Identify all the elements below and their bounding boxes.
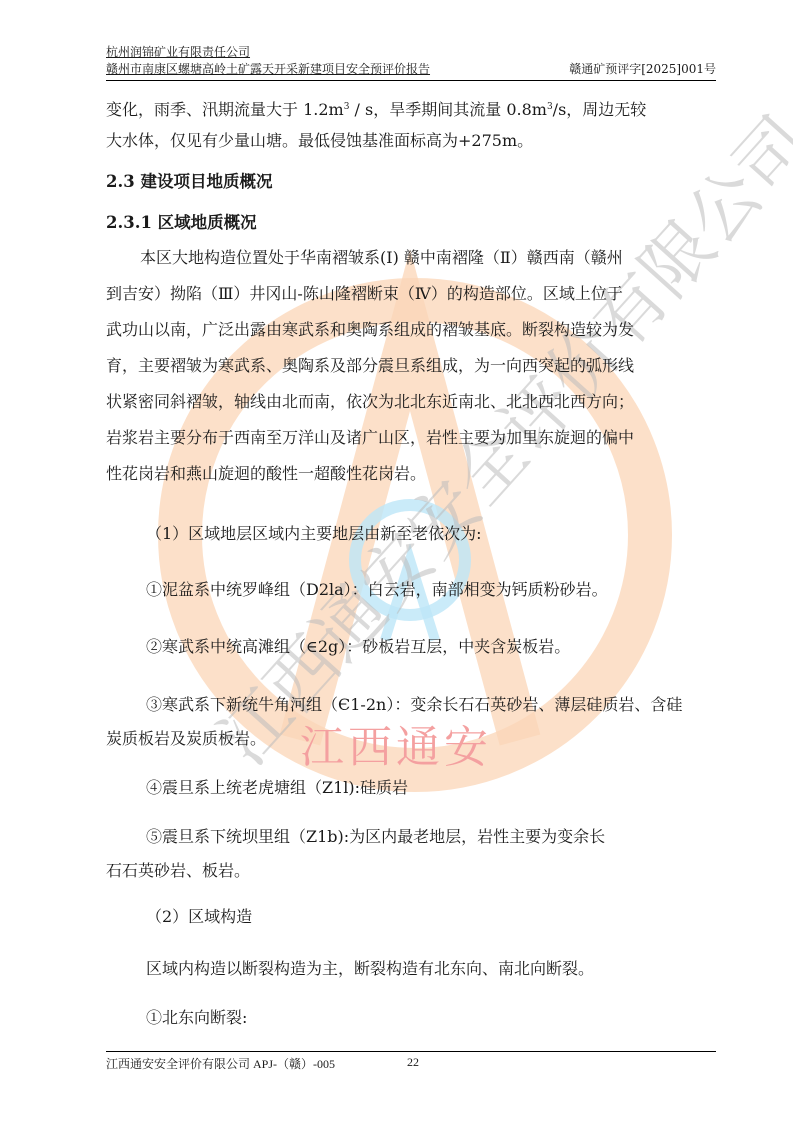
paragraph-line: 到吉安）拗陷（Ⅲ）井冈山-陈山隆褶断束（Ⅳ）的构造部位。区域上位于 [106, 277, 718, 310]
header-company: 杭州润锦矿业有限责任公司 [106, 45, 716, 59]
structure-text: 区域内构造以断裂构造为主，断裂构造有北东向、南北向断裂。 [146, 952, 758, 985]
section-heading: 2.3 建设项目地质概况 [106, 165, 718, 198]
footer-org: 江西通安安全评价有限公司 APJ-（赣）-005 [106, 1055, 335, 1072]
strata-item: ①泥盆系中统罗峰组（D2la）：白云岩，南部相变为钙质粉砂岩。 [146, 573, 758, 606]
strata-item: ⑤震旦系下统坝里组（Z1b):为区内最老地层，岩性主要为变余长 [146, 820, 758, 853]
ne-fault-heading: ①北东向断裂: [146, 1001, 758, 1034]
strata-item: ②寒武系中统高滩组（∈2g）：砂板岩互层，中夹含炭板岩。 [146, 630, 758, 663]
header-row: 赣州市南康区螺塘高岭土矿露天开采新建项目安全预评价报告 赣通矿预评字[2025]… [106, 62, 716, 76]
subsection-heading: 2.3.1 区域地质概况 [106, 206, 718, 239]
strata-item: ④震旦系上统老虎塘组（Z1l):硅质岩 [146, 771, 758, 804]
page-number: 22 [407, 1055, 419, 1070]
strata-item-cont: 石石英砂岩、板岩。 [106, 854, 718, 887]
paragraph-line: 变化，雨季、汛期流量大于 1.2m3 / s，旱季期间其流量 0.8m3/s，周… [106, 91, 718, 126]
strata-item: ③寒武系下新统牛角河组（Є1-2n）：变余长石石英砂岩、薄层硅质岩、含硅 [146, 688, 758, 721]
strata-title: （1）区域地层区域内主要地层由新至老依次为: [146, 517, 758, 550]
header-rule [106, 80, 716, 81]
header-doc-number: 赣通矿预评字[2025]001号 [569, 62, 716, 76]
strata-item-cont: 炭质板岩及炭质板岩。 [106, 722, 718, 755]
header-report-title: 赣州市南康区螺塘高岭土矿露天开采新建项目安全预评价报告 [106, 62, 430, 76]
paragraph-line: 育，主要褶皱为寒武系、奥陶系及部分震旦系组成，为一向西突起的弧形线 [106, 349, 718, 382]
paragraph-line: 状紧密同斜褶皱，轴线由北而南，依次为北北东近南北、北北西北西方向； [106, 385, 718, 418]
document-page: 江西通安安全评价有限公司 江西通安 杭州润锦矿业有限责任公司 赣州市南康区螺塘高… [0, 0, 793, 1122]
footer-rule [106, 1051, 716, 1052]
paragraph-line: 本区大地构造位置处于华南褶皱系(I) 赣中南褶隆（Ⅱ）赣西南（赣州 [106, 241, 752, 274]
paragraph-line: 武功山以南，广泛出露由寒武系和奥陶系组成的褶皱基底。断裂构造较为发 [106, 313, 718, 346]
paragraph-line: 性花岗岩和燕山旋迴的酸性一超酸性花岗岩。 [106, 457, 718, 490]
paragraph-line: 岩浆岩主要分布于西南至万洋山及诸广山区，岩性主要为加里东旋迴的偏中 [106, 421, 718, 454]
structure-title: （2）区域构造 [146, 900, 758, 933]
paragraph-line: 大水体，仅见有少量山塘。最低侵蚀基准面标高为+275m。 [106, 124, 718, 157]
